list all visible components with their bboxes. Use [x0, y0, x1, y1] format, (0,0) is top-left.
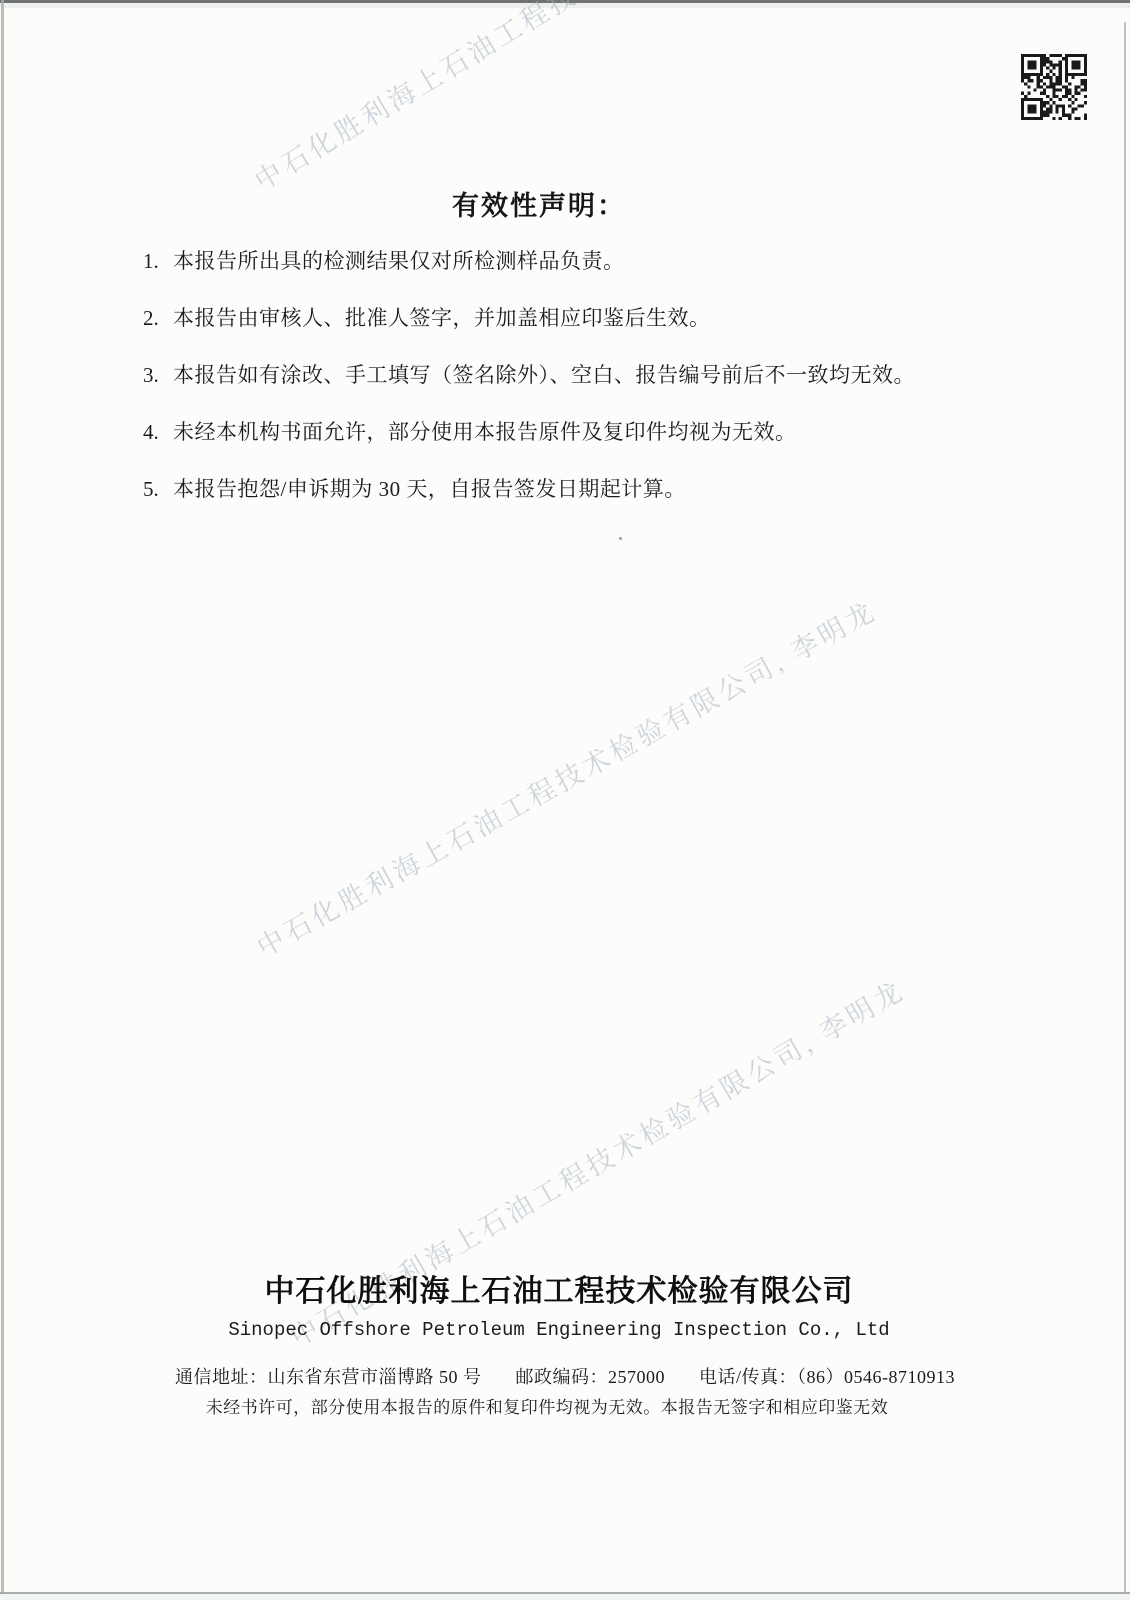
contact-address: 通信地址：山东省东营市淄博路 50 号	[175, 1363, 482, 1389]
report-page: 中石化胜利海上石油工程技术检验有限公司, 李明龙 中石化胜利海上石油工程技术检验…	[0, 0, 1130, 1600]
statement-text: 本报告由审核人、批准人签字，并加盖相应印鉴后生效。	[173, 304, 711, 332]
statement-item: 2. 本报告由审核人、批准人签字，并加盖相应印鉴后生效。	[143, 304, 1013, 332]
statement-text: 本报告抱怨/申诉期为 30 天，自报告签发日期起计算。	[173, 475, 686, 503]
statement-number: 2.	[143, 304, 173, 332]
footer-notice: 未经书许可，部分使用本报告的原件和复印件均视为无效。本报告无签字和相应印鉴无效	[0, 1393, 1112, 1418]
statement-text: 本报告如有涂改、手工填写（签名除外）、空白、报告编号前后不一致均无效。	[173, 361, 915, 389]
statements-list: 1. 本报告所出具的检测结果仅对所检测样品负责。 2. 本报告由审核人、批准人签…	[143, 247, 1013, 532]
statement-item: 1. 本报告所出具的检测结果仅对所检测样品负责。	[143, 247, 1013, 275]
watermark-text: 中石化胜利海上石油工程技术检验有限公司, 李明龙	[249, 589, 883, 964]
qr-code-icon	[1021, 54, 1087, 120]
statement-number: 1.	[143, 247, 173, 275]
statement-number: 4.	[143, 418, 173, 446]
contact-phone-fax: 电话/传真：（86）0546-8710913	[699, 1363, 955, 1389]
statement-number: 3.	[143, 361, 173, 389]
scan-edge-top-band	[0, 3, 1130, 8]
contact-line: 通信地址：山东省东营市淄博路 50 号 邮政编码：257000 电话/传真：（8…	[0, 1363, 1130, 1389]
contact-postal-code: 邮政编码：257000	[516, 1363, 666, 1389]
watermark-text: 中石化胜利海上石油工程技术检验有限公司, 李明龙	[246, 0, 869, 198]
company-name-cn: 中石化胜利海上石油工程技术检验有限公司	[0, 1266, 1124, 1310]
statement-item: 5. 本报告抱怨/申诉期为 30 天，自报告签发日期起计算。	[143, 475, 1013, 503]
statement-number: 5.	[143, 475, 173, 503]
company-name-en: Sinopec Offshore Petroleum Engineering I…	[0, 1319, 1124, 1341]
statement-text: 本报告所出具的检测结果仅对所检测样品负责。	[173, 247, 625, 275]
statement-text: 未经本机构书面允许，部分使用本报告原件及复印件均视为无效。	[173, 418, 797, 446]
scan-dot-artifact	[619, 537, 622, 540]
statement-item: 3. 本报告如有涂改、手工填写（签名除外）、空白、报告编号前后不一致均无效。	[143, 361, 1013, 389]
statement-item: 4. 未经本机构书面允许，部分使用本报告原件及复印件均视为无效。	[143, 418, 1013, 446]
page-title: 有效性声明：	[0, 184, 1104, 223]
footer: 中石化胜利海上石油工程技术检验有限公司 Sinopec Offshore Pet…	[0, 1266, 1130, 1418]
scan-edge-bottom-band	[0, 1594, 1130, 1600]
